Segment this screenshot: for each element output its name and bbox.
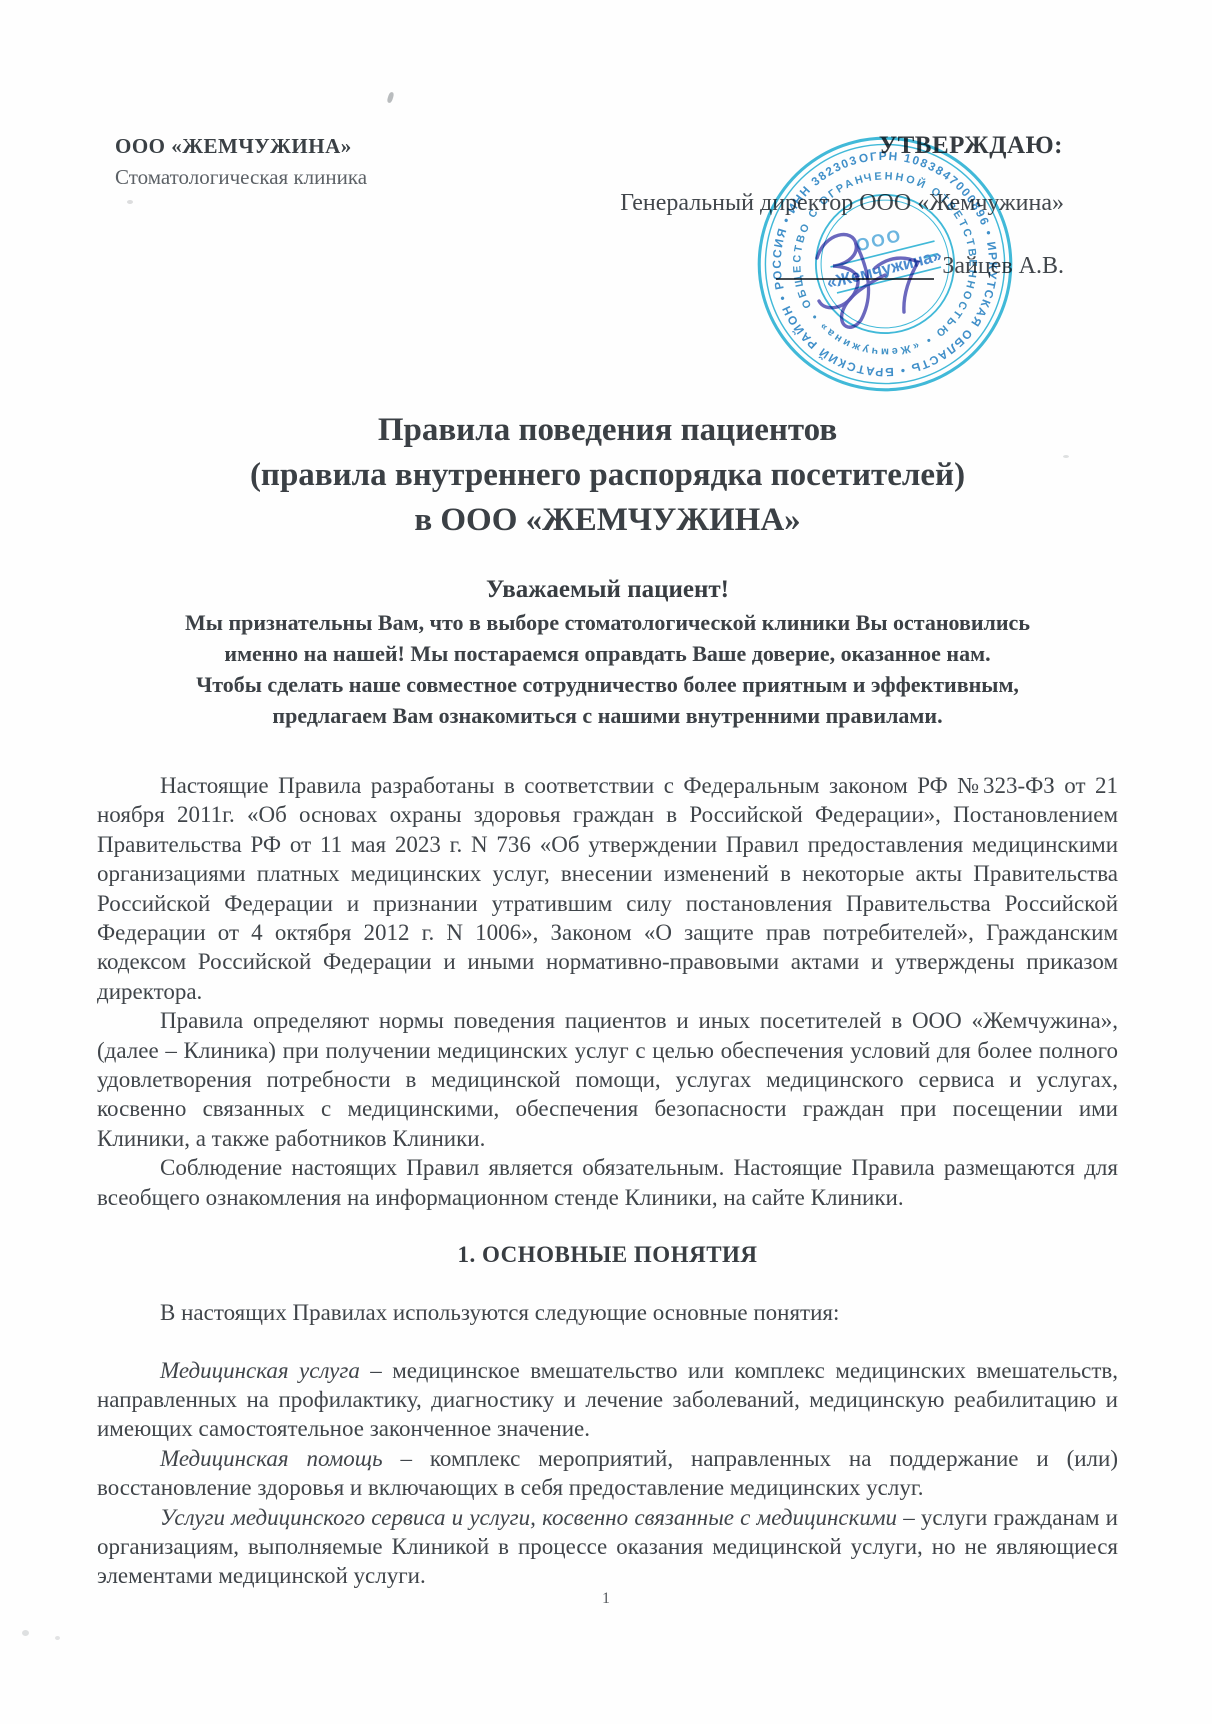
org-subtitle: Стоматологическая клиника	[115, 165, 367, 190]
definition-medical-service: Медицинская услуга – медицинское вмешате…	[97, 1356, 1118, 1444]
signature-row: Зайцев А.В.	[776, 252, 1064, 280]
definition-term: Медицинская помощь	[160, 1446, 383, 1471]
greeting-line-3: Чтобы сделать наше совместное сотрудниче…	[97, 669, 1118, 700]
definition-term: Услуги медицинского сервиса и услуги, ко…	[160, 1505, 897, 1530]
intro-paragraphs: Настоящие Правила разработаны в соответс…	[97, 771, 1118, 1212]
approver-title: Генеральный директор ООО «Жемчужина»	[620, 190, 1064, 217]
section-1-body: В настоящих Правилах используются следую…	[97, 1298, 1118, 1591]
org-block: ООО «ЖЕМЧУЖИНА» Стоматологическая клиник…	[115, 134, 367, 190]
section-1-heading: 1. ОСНОВНЫЕ ПОНЯТИЯ	[97, 1242, 1118, 1268]
greeting-line-2: именно на нашей! Мы постараемся оправдат…	[97, 638, 1118, 669]
org-name: ООО «ЖЕМЧУЖИНА»	[115, 134, 367, 159]
scan-speck	[127, 200, 133, 204]
document-body: Правила поведения пациентов (правила вну…	[97, 408, 1118, 1591]
scan-speck	[386, 91, 394, 103]
paragraph-scope: Правила определяют нормы поведения пацие…	[97, 1006, 1118, 1153]
section-1-intro: В настоящих Правилах используются следую…	[97, 1298, 1118, 1327]
greeting-line-4: предлагаем Вам ознакомиться с нашими вну…	[97, 700, 1118, 731]
stamp-center-ooo: ООО	[854, 225, 905, 256]
signer-name: Зайцев А.В.	[942, 253, 1064, 280]
paragraph-compliance: Соблюдение настоящих Правил является обя…	[97, 1153, 1118, 1212]
scan-speck	[1063, 455, 1069, 458]
definition-medical-care: Медицинская помощь – комплекс мероприяти…	[97, 1444, 1118, 1503]
definitions-list: Медицинская услуга – медицинское вмешате…	[97, 1356, 1118, 1591]
page-number: 1	[0, 1590, 1212, 1608]
scan-speck	[55, 1636, 60, 1640]
definition-service-related: Услуги медицинского сервиса и услуги, ко…	[97, 1503, 1118, 1591]
signature-line	[776, 252, 934, 280]
title-line-2: (правила внутреннего распорядка посетите…	[97, 453, 1118, 498]
greeting-block: Уважаемый пациент! Мы признательны Вам, …	[97, 573, 1118, 731]
scan-speck	[22, 1630, 29, 1636]
document-title: Правила поведения пациентов (правила вну…	[97, 408, 1118, 543]
approval-label: УТВЕРЖДАЮ:	[879, 132, 1063, 160]
title-line-1: Правила поведения пациентов	[97, 408, 1118, 453]
scanned-document-page: ООО «ЖЕМЧУЖИНА» Стоматологическая клиник…	[0, 0, 1212, 1724]
greeting-line-1: Мы признательны Вам, что в выборе стомат…	[97, 607, 1118, 638]
greeting-heading: Уважаемый пациент!	[97, 573, 1118, 607]
paragraph-legal-basis: Настоящие Правила разработаны в соответс…	[97, 771, 1118, 1006]
title-line-3: в ООО «ЖЕМЧУЖИНА»	[97, 498, 1118, 543]
definition-term: Медицинская услуга	[160, 1358, 360, 1383]
